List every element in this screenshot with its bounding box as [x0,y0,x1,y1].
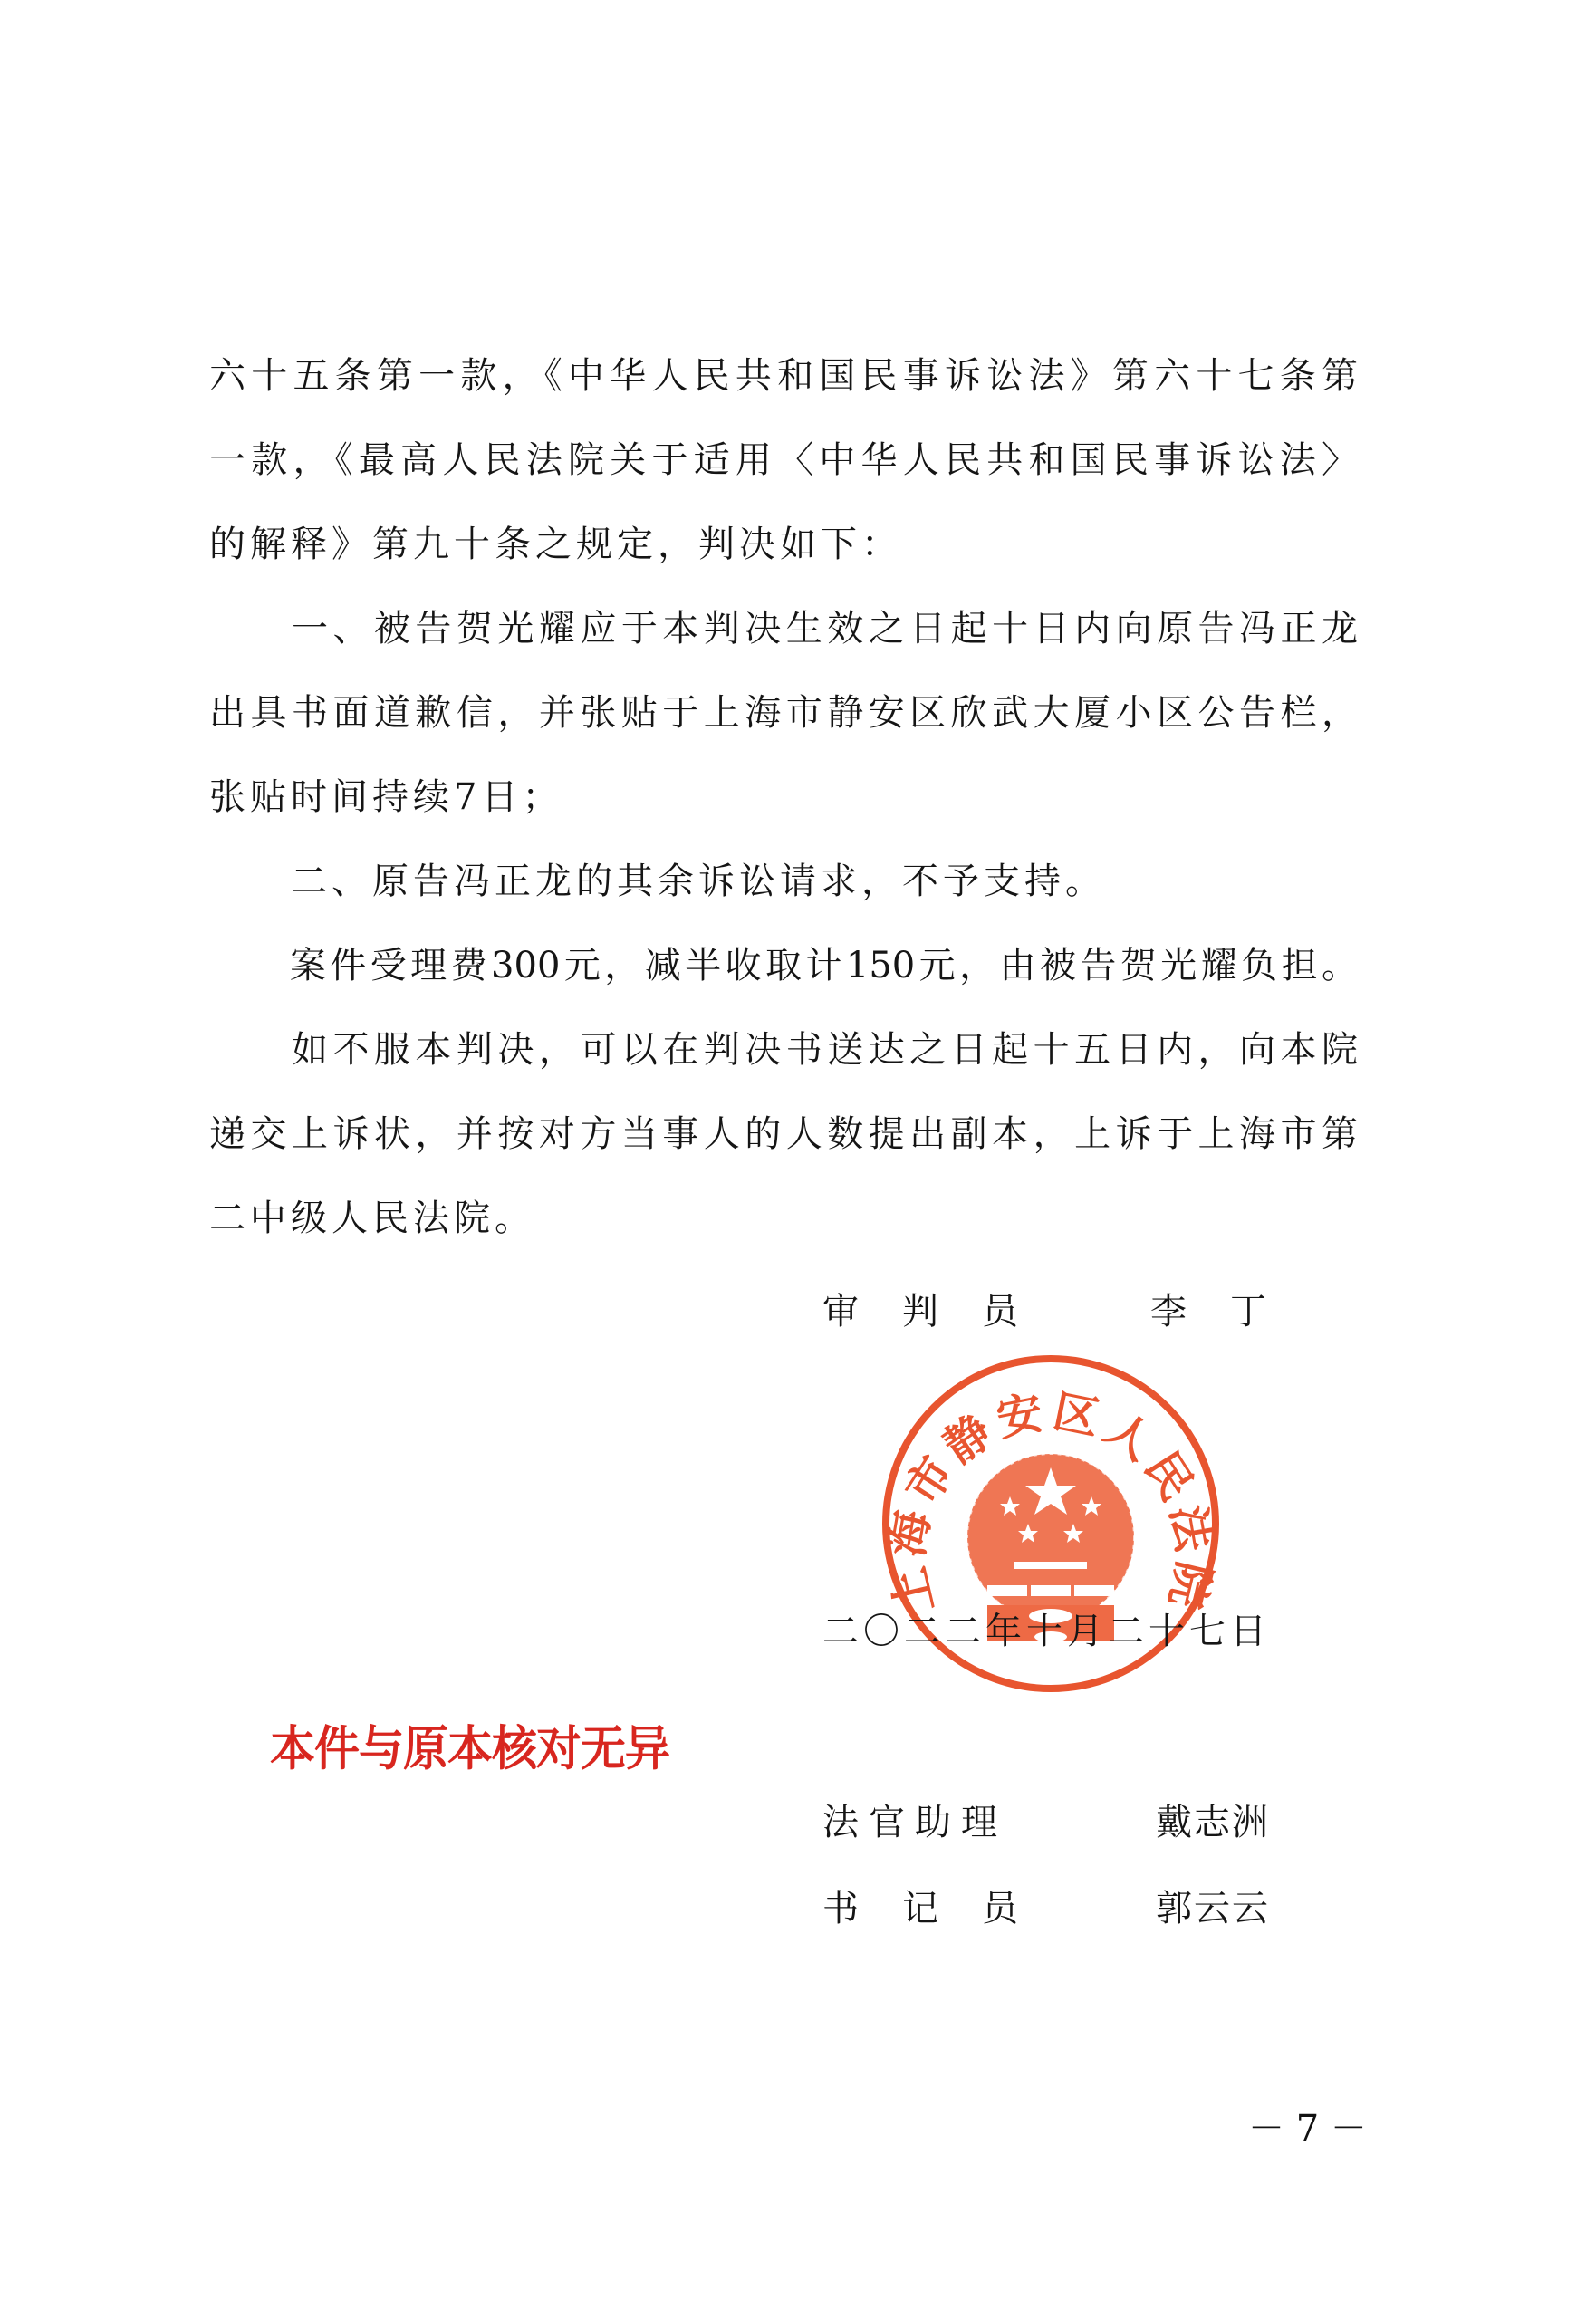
appeal-line-3: 二中级人民法院。 [209,1197,535,1240]
appeal-line-1: 如不服本判决，可以在判决书送达之日起十五日内，向本院 [209,1028,1358,1072]
page-number: － 7 － [1248,2107,1367,2151]
body-line-2: 一款，《最高人民法院关于适用〈中华人民共和国民事诉讼法〉 [209,438,1358,482]
judgment-item-1-line-3: 张贴时间持续7日； [209,775,562,819]
appeal-line-2: 递交上诉状，并按对方当事人的人数提出副本，上诉于上海市第 [209,1112,1358,1156]
judgment-item-1-line-1: 一、被告贺光耀应于本判决生效之日起十日内向原告冯正龙 [209,607,1358,650]
court-fee-line: 案件受理费300元，减半收取计150元，由被告贺光耀负担。 [209,944,1358,987]
judgment-date: 二〇二二年十月二十七日 [822,1610,1271,1653]
judgment-item-2: 二、原告冯正龙的其余诉讼请求，不予支持。 [209,860,1106,903]
judge-assistant-label: 法官助理 [822,1801,1007,1844]
verification-stamp: 本件与原本核对无异 [270,1720,669,1777]
document-page: 六十五条第一款，《中华人民共和国民事诉讼法》第六十七条第 一款，《最高人民法院关… [0,0,1596,2319]
body-line-3: 的解释》第九十条之规定，判决如下： [209,523,902,566]
judge-label: 审 判 员 [822,1290,1022,1333]
clerk-label: 书 记 员 [822,1887,1022,1930]
body-line-1: 六十五条第一款，《中华人民共和国民事诉讼法》第六十七条第 [209,354,1358,398]
judge-name: 李 丁 [1150,1290,1270,1333]
clerk-name: 郭云云 [1156,1887,1270,1930]
judgment-item-1-line-2: 出具书面道歉信，并张贴于上海市静安区欣武大厦小区公告栏， [209,691,1358,735]
judge-assistant-name: 戴志洲 [1156,1801,1270,1844]
